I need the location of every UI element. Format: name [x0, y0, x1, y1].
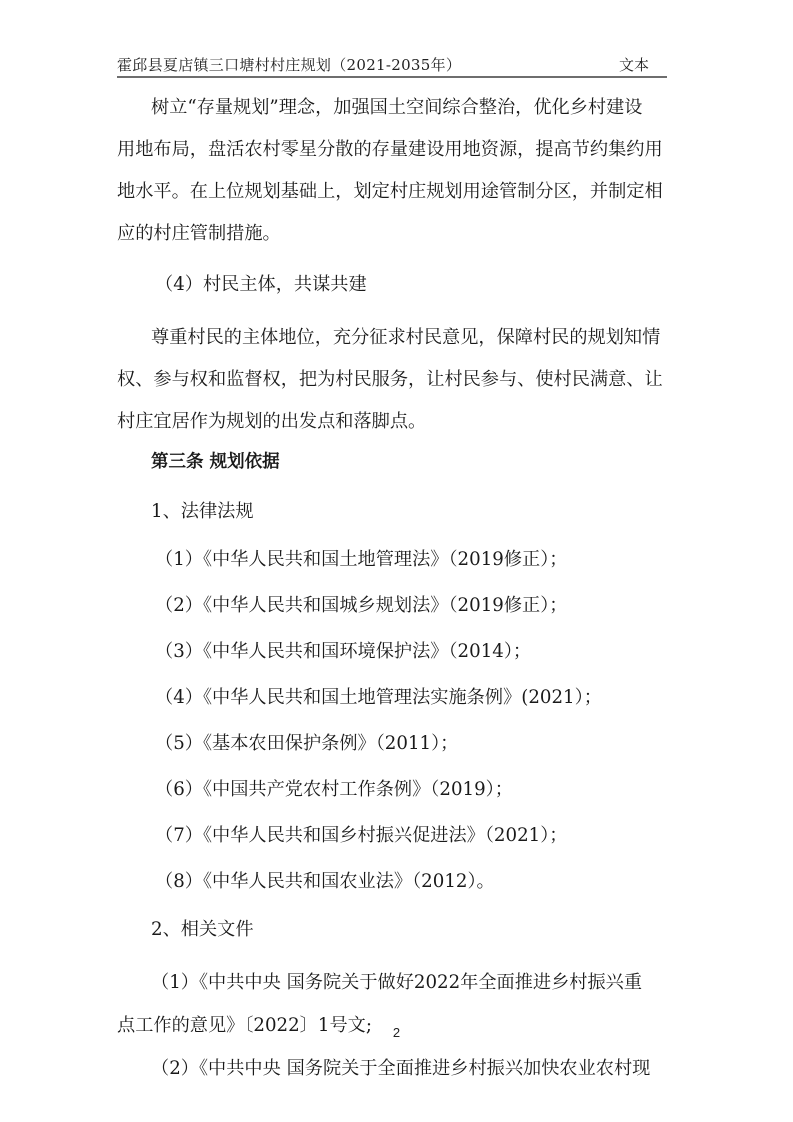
page-header: 霍邱县夏店镇三口塘村村庄规划（2021-2035年） 文本 — [117, 50, 667, 78]
law-item: （1）《中华人民共和国土地管理法》（2019修正）； — [155, 550, 568, 570]
law-item: （8）《中华人民共和国农业法》（2012）。 — [155, 872, 495, 892]
law-item: （6）《中国共产党农村工作条例》（2019）； — [155, 780, 513, 800]
law-item: （4）《中华人民共和国土地管理法实施条例》(2021）； — [155, 688, 602, 708]
law-item: （3）《中华人民共和国环境保护法》（2014）； — [155, 642, 531, 662]
paragraph-line: 权、参与权和监督权，把为村民服务，让村民参与、使村民满意、让 — [117, 370, 663, 390]
paragraph-line: 村庄宜居作为规划的出发点和落脚点。 — [117, 412, 426, 432]
principle-heading: （4）村民主体，共谋共建 — [155, 275, 367, 295]
paragraph-line: 尊重村民的主体地位，充分征求村民意见，保障村民的规划知情 — [151, 328, 660, 348]
law-item: （2）《中华人民共和国城乡规划法》（2019修正）； — [155, 596, 568, 616]
paragraph-line: 树立“存量规划”理念，加强国土空间综合整治，优化乡村建设 — [151, 98, 642, 118]
law-item: （5）《基本农田保护条例》（2011）； — [155, 734, 458, 754]
paragraph-line: 应的村庄管制措施。 — [117, 224, 281, 244]
paragraph-line: 地水平。在上位规划基础上，划定村庄规划用途管制分区，并制定相 — [117, 182, 663, 202]
document-item-line: （1）《中共中央 国务院关于做好2022年全面推进乡村振兴重 — [151, 973, 642, 993]
section-heading: 1、法律法规 — [151, 502, 254, 522]
section-heading: 2、相关文件 — [151, 920, 254, 940]
page-number: 2 — [0, 1025, 793, 1040]
document-type-label: 文本 — [619, 54, 649, 75]
paragraph-line: 用地布局，盘活农村零星分散的存量建设用地资源，提高节约集约用 — [117, 140, 663, 160]
law-item: （7）《中华人民共和国乡村振兴促进法》（2021）； — [155, 826, 568, 846]
document-title: 霍邱县夏店镇三口塘村村庄规划（2021-2035年） — [117, 54, 461, 75]
article-heading: 第三条 规划依据 — [151, 452, 280, 472]
document-item-line: （2）《中共中央 国务院关于全面推进乡村振兴加快农业农村现 — [151, 1059, 650, 1079]
